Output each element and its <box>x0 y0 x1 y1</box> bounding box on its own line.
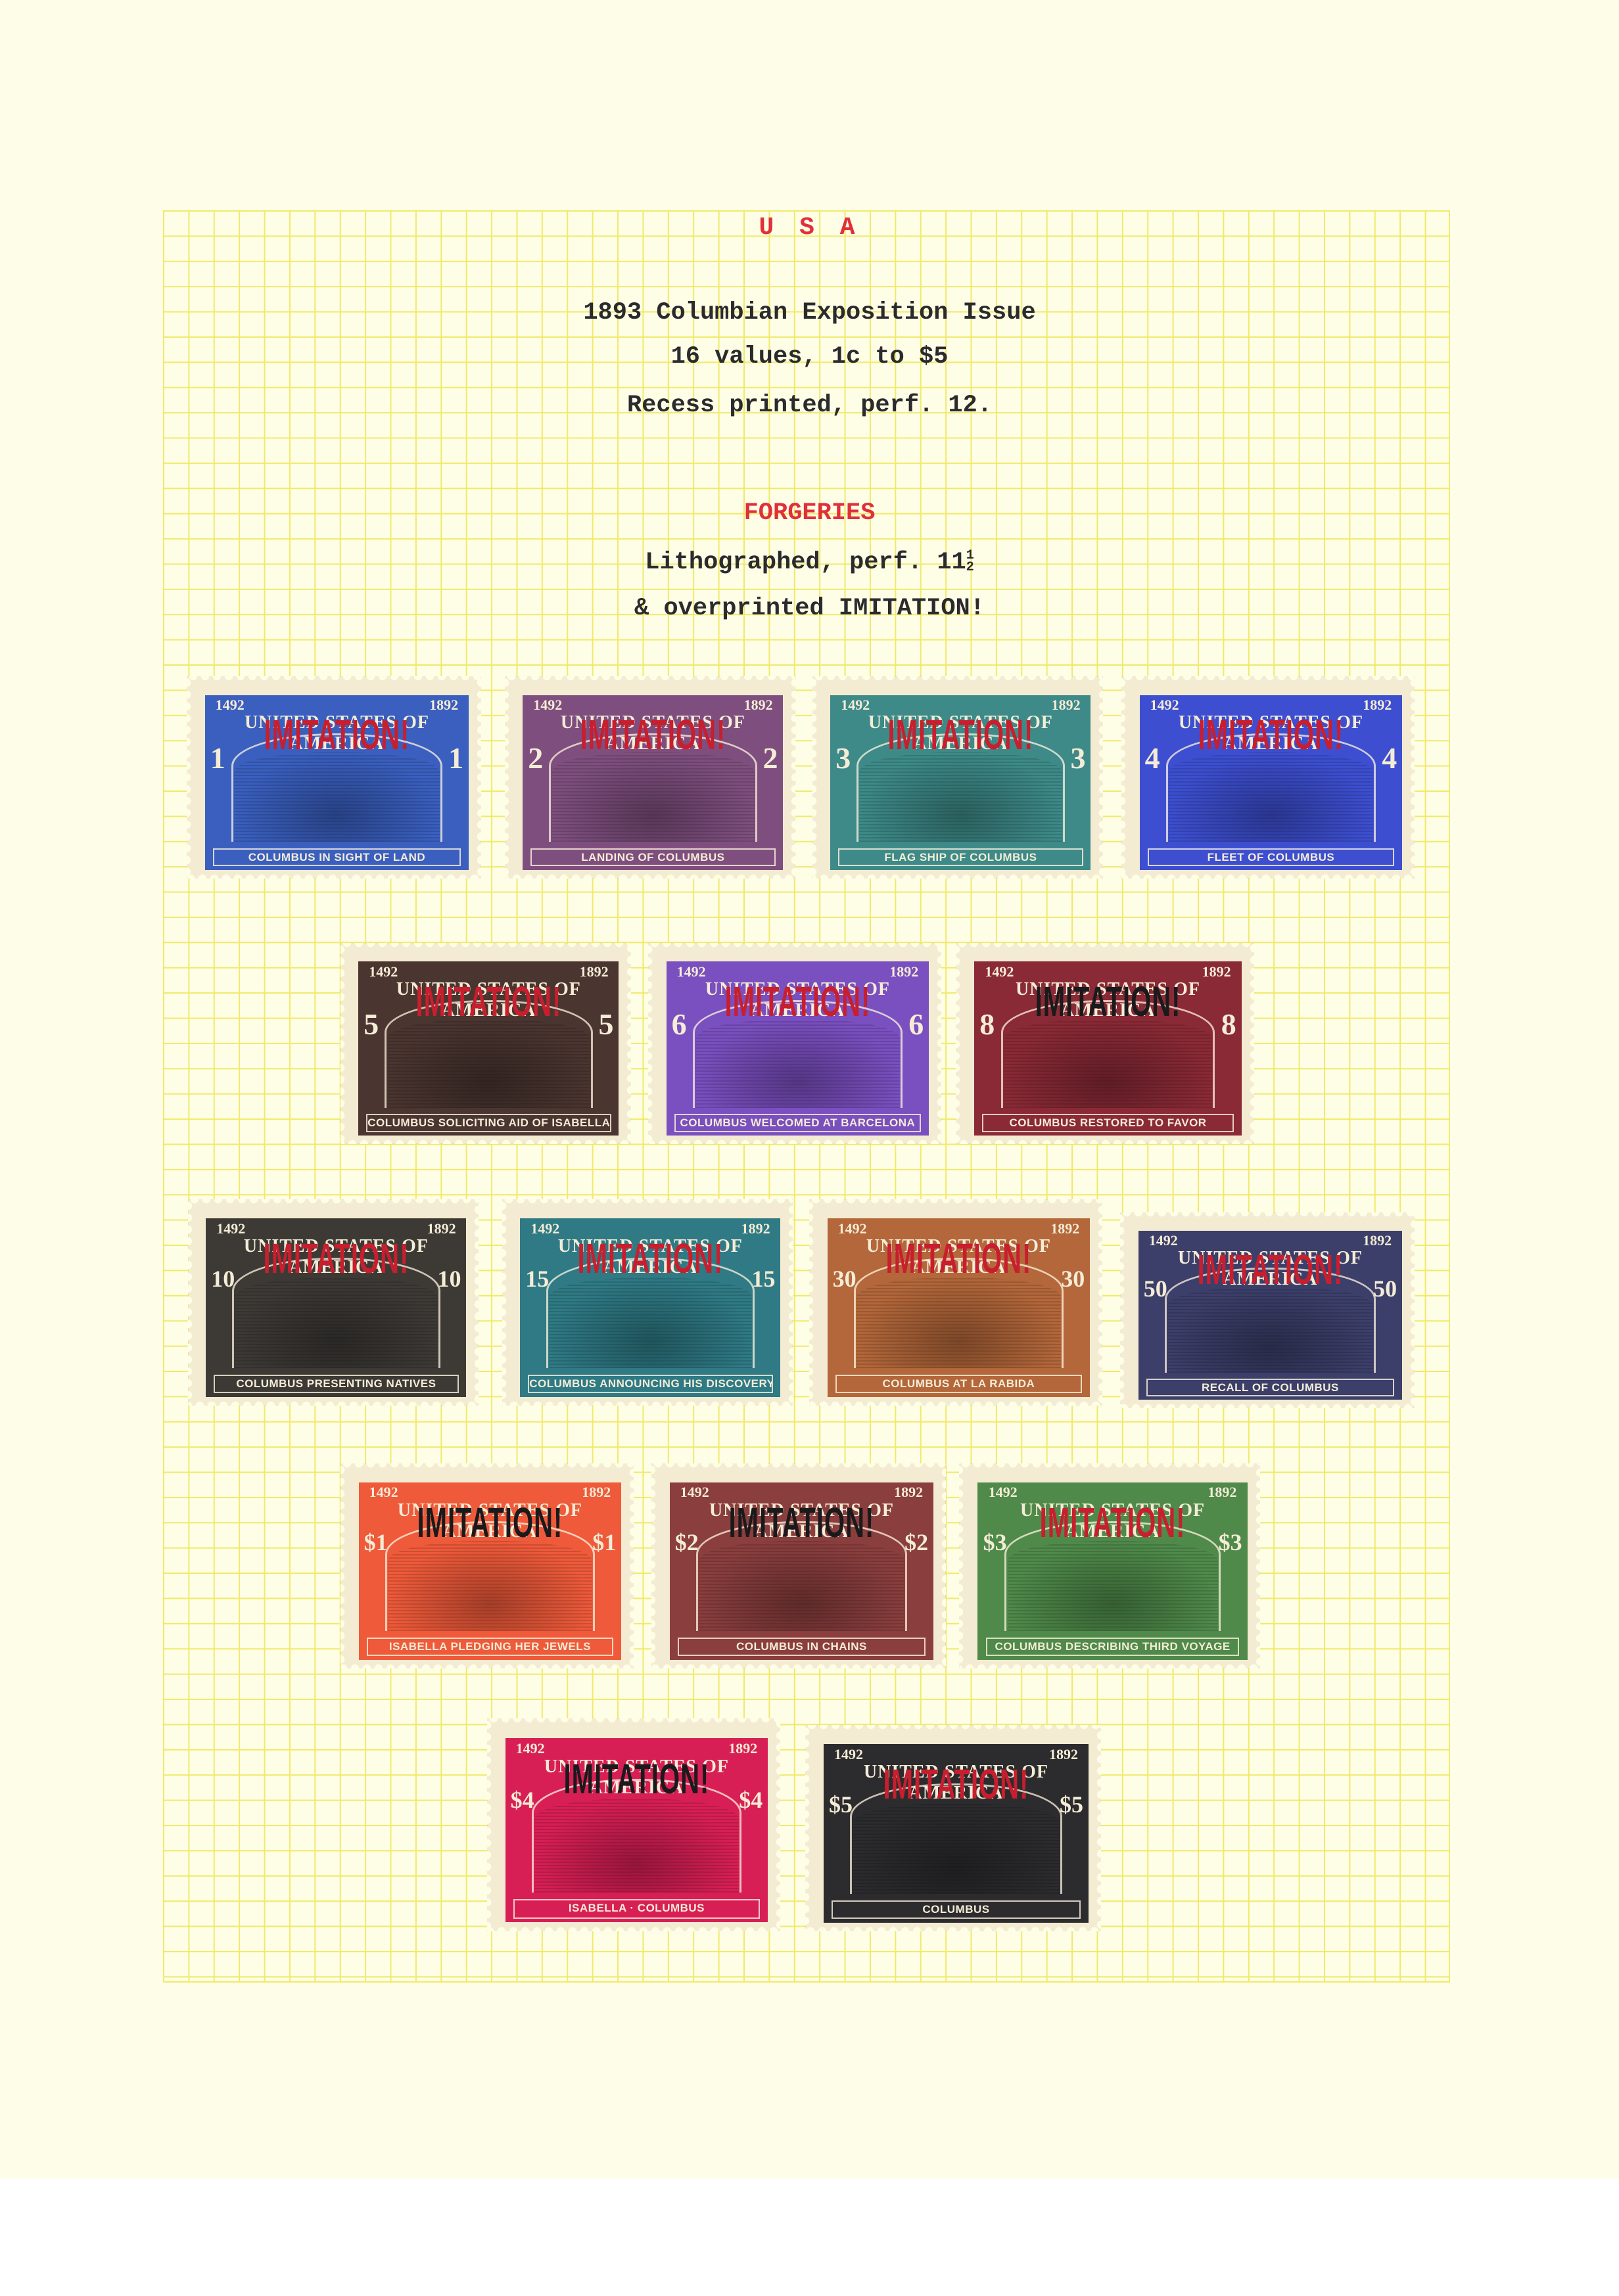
year-right: 1892 <box>1049 1746 1078 1763</box>
imitation-overprint: IMITATION! <box>670 1500 933 1548</box>
year-right: 1892 <box>728 1740 757 1757</box>
year-right: 1892 <box>889 963 918 980</box>
imitation-overprint: IMITATION! <box>824 1762 1089 1809</box>
vignette-scene <box>699 1541 904 1632</box>
imitation-overprint: IMITATION! <box>358 979 619 1026</box>
stamp-2: 1492 1892 UNITED STATES OF AMERICA 2 2 L… <box>505 677 795 878</box>
stamp-dollar-2: 1492 1892 UNITED STATES OF AMERICA $2 $2… <box>652 1464 945 1668</box>
fraction-denominator: 2 <box>966 562 974 574</box>
year-left: 1492 <box>516 1740 545 1757</box>
stamp-design: 1492 1892 UNITED STATES OF AMERICA $1 $1… <box>359 1482 622 1660</box>
year-right: 1892 <box>582 1484 611 1501</box>
vignette-scene <box>859 752 1062 842</box>
vignette-scene <box>1004 1019 1212 1108</box>
stamp-design: 1492 1892 UNITED STATES OF AMERICA 15 15… <box>520 1218 780 1396</box>
perforation <box>809 1200 817 1405</box>
year-right: 1892 <box>741 1220 770 1237</box>
stamp-caption: RECALL OF COLUMBUS <box>1146 1379 1394 1396</box>
perforation <box>505 677 513 878</box>
perforation <box>188 1200 196 1405</box>
vignette-scene <box>549 1277 752 1368</box>
perforation <box>1094 1200 1102 1405</box>
stamp-dollar-5: 1492 1892 UNITED STATES OF AMERICA $5 $5… <box>806 1726 1100 1931</box>
year-left: 1492 <box>216 697 245 714</box>
perforation <box>473 677 481 878</box>
stamp-dollar-3: 1492 1892 UNITED STATES OF AMERICA $3 $3… <box>960 1464 1259 1668</box>
perforation <box>487 1719 495 1931</box>
year-right: 1892 <box>427 1220 456 1237</box>
imitation-overprint: IMITATION! <box>974 979 1242 1026</box>
stamp-dollar-4: 1492 1892 UNITED STATES OF AMERICA $4 $4… <box>488 1719 780 1931</box>
stamp-design: 1492 1892 UNITED STATES OF AMERICA 5 5 C… <box>358 961 619 1135</box>
stamp-3: 1492 1892 UNITED STATES OF AMERICA 3 3 F… <box>813 677 1102 878</box>
stamp-design: 1492 1892 UNITED STATES OF AMERICA $5 $5… <box>824 1744 1089 1922</box>
perforation <box>502 1200 510 1405</box>
year-left: 1492 <box>985 963 1014 980</box>
perforation <box>1407 677 1415 878</box>
issue-title: 1893 Columbian Exposition Issue <box>0 299 1619 327</box>
stamp-caption: FLAG SHIP OF COLUMBUS <box>838 848 1083 867</box>
stamp-8: 1492 1892 UNITED STATES OF AMERICA 8 8 C… <box>956 944 1254 1143</box>
perforation <box>772 1719 780 1931</box>
vignette-scene <box>1008 1541 1218 1632</box>
vignette-scene <box>534 1799 739 1893</box>
imitation-overprint: IMITATION! <box>520 1236 780 1283</box>
imitation-overprint: IMITATION! <box>205 712 469 760</box>
year-right: 1892 <box>894 1484 923 1501</box>
perforation <box>785 1200 793 1405</box>
year-right: 1892 <box>1202 963 1231 980</box>
vignette-scene <box>388 1541 593 1632</box>
stamp-caption: ISABELLA · COLUMBUS <box>513 1899 761 1918</box>
stamp-caption: COLUMBUS IN SIGHT OF LAND <box>213 848 461 867</box>
perf-fraction: 12 <box>966 550 974 574</box>
stamp-design: 1492 1892 UNITED STATES OF AMERICA 2 2 L… <box>523 695 783 870</box>
stamp-design: 1492 1892 UNITED STATES OF AMERICA 30 30… <box>828 1218 1091 1396</box>
perforation <box>1252 1464 1260 1668</box>
perforation <box>812 677 820 878</box>
perforation <box>1246 944 1254 1143</box>
forgery-printing: Lithographed, perf. 1112 <box>0 549 1619 576</box>
stamp-design: 1492 1892 UNITED STATES OF AMERICA 6 6 C… <box>667 961 929 1135</box>
stamp-caption: COLUMBUS ANNOUNCING HIS DISCOVERY <box>528 1375 772 1393</box>
stamp-caption: COLUMBUS PRESENTING NATIVES <box>214 1375 458 1393</box>
perforation <box>938 1464 946 1668</box>
perforation <box>1121 677 1129 878</box>
stamp-dollar-1: 1492 1892 UNITED STATES OF AMERICA $1 $1… <box>341 1464 633 1668</box>
forgery-printing-text: Lithographed, perf. 11 <box>645 549 966 576</box>
perforation <box>787 677 795 878</box>
stamp-caption: FLEET OF COLUMBUS <box>1148 848 1395 867</box>
perforation <box>1093 1726 1101 1931</box>
stamp-design: 1492 1892 UNITED STATES OF AMERICA 10 10… <box>206 1218 466 1396</box>
stamp-design: 1492 1892 UNITED STATES OF AMERICA $3 $3… <box>977 1482 1247 1660</box>
stamp-design: 1492 1892 UNITED STATES OF AMERICA 4 4 F… <box>1140 695 1403 870</box>
perforation <box>1407 1213 1415 1408</box>
vignette-scene <box>551 752 755 842</box>
stamp-caption: COLUMBUS AT LA RABIDA <box>835 1375 1083 1393</box>
issue-values: 16 values, 1c to $5 <box>0 343 1619 371</box>
year-left: 1492 <box>216 1220 245 1237</box>
perforation <box>805 1726 813 1931</box>
year-left: 1492 <box>841 697 870 714</box>
vignette-scene <box>853 1803 1060 1894</box>
perforation <box>471 1200 479 1405</box>
year-right: 1892 <box>429 697 458 714</box>
imitation-overprint: IMITATION! <box>977 1500 1247 1548</box>
stamp-10: 1492 1892 UNITED STATES OF AMERICA 10 10… <box>189 1200 478 1405</box>
stamp-caption: COLUMBUS DESCRIBING THIRD VOYAGE <box>986 1638 1240 1656</box>
year-left: 1492 <box>989 1484 1018 1501</box>
album-page: U S A 1893 Columbian Exposition Issue 16… <box>0 0 1619 2178</box>
year-left: 1492 <box>677 963 706 980</box>
vignette-scene <box>1169 752 1374 842</box>
stamp-4: 1492 1892 UNITED STATES OF AMERICA 4 4 F… <box>1122 677 1414 878</box>
stamp-design: 1492 1892 UNITED STATES OF AMERICA 3 3 F… <box>830 695 1091 870</box>
year-left: 1492 <box>369 963 398 980</box>
stamp-1: 1492 1892 UNITED STATES OF AMERICA 1 1 C… <box>187 677 481 878</box>
year-left: 1492 <box>533 697 562 714</box>
year-left: 1492 <box>680 1484 709 1501</box>
year-left: 1492 <box>834 1746 863 1763</box>
perforation <box>187 677 195 878</box>
perforation <box>959 1464 967 1668</box>
vignette-scene <box>695 1019 901 1108</box>
stamp-design: 1492 1892 UNITED STATES OF AMERICA $2 $2… <box>670 1482 933 1660</box>
year-right: 1892 <box>580 963 609 980</box>
year-right: 1892 <box>1052 697 1081 714</box>
perforation <box>956 944 964 1143</box>
year-left: 1492 <box>369 1484 398 1501</box>
stamp-caption: COLUMBUS <box>832 1900 1081 1919</box>
year-right: 1892 <box>744 697 773 714</box>
stamp-caption: COLUMBUS WELCOMED AT BARCELONA <box>674 1114 922 1132</box>
stamp-6: 1492 1892 UNITED STATES OF AMERICA 6 6 C… <box>649 944 941 1143</box>
year-right: 1892 <box>1363 697 1392 714</box>
vignette-scene <box>235 1277 438 1368</box>
forgeries-heading: FORGERIES <box>0 499 1619 527</box>
year-right: 1892 <box>1050 1220 1079 1237</box>
perforation <box>340 1464 348 1668</box>
imitation-overprint: IMITATION! <box>359 1500 622 1548</box>
stamp-caption: LANDING OF COLUMBUS <box>530 848 775 867</box>
perforation <box>1095 677 1103 878</box>
stamp-design: 1492 1892 UNITED STATES OF AMERICA 1 1 C… <box>205 695 469 870</box>
perforation <box>651 1464 659 1668</box>
imitation-overprint: IMITATION! <box>828 1236 1091 1283</box>
vignette-scene <box>234 752 440 842</box>
imitation-overprint: IMITATION! <box>1140 712 1403 760</box>
perforation <box>626 1464 634 1668</box>
imitation-overprint: IMITATION! <box>830 712 1091 760</box>
stamp-5: 1492 1892 UNITED STATES OF AMERICA 5 5 C… <box>341 944 630 1143</box>
perforation <box>933 944 941 1143</box>
stamp-caption: COLUMBUS RESTORED TO FAVOR <box>982 1114 1233 1132</box>
stamp-design: 1492 1892 UNITED STATES OF AMERICA $4 $4… <box>505 1738 768 1922</box>
perforation <box>340 944 348 1143</box>
imitation-overprint: IMITATION! <box>667 979 929 1026</box>
country-heading: U S A <box>0 214 1619 242</box>
stamp-caption: COLUMBUS SOLICITING AID OF ISABELLA <box>366 1114 611 1132</box>
perforation <box>648 944 656 1143</box>
issue-printing: Recess printed, perf. 12. <box>0 392 1619 419</box>
year-left: 1492 <box>530 1220 559 1237</box>
vignette-scene <box>856 1277 1062 1368</box>
imitation-overprint: IMITATION! <box>523 712 783 760</box>
imitation-overprint: IMITATION! <box>206 1236 466 1283</box>
year-left: 1492 <box>838 1220 867 1237</box>
year-left: 1492 <box>1150 697 1179 714</box>
stamp-30: 1492 1892 UNITED STATES OF AMERICA 30 30… <box>810 1200 1102 1405</box>
stamp-50: 1492 1892 UNITED STATES OF AMERICA 50 50… <box>1121 1213 1414 1408</box>
imitation-overprint: IMITATION! <box>1138 1247 1402 1295</box>
stamp-design: 1492 1892 UNITED STATES OF AMERICA 8 8 C… <box>974 961 1242 1135</box>
vignette-scene <box>1167 1287 1373 1373</box>
forgery-overprint-note: & overprinted IMITATION! <box>0 595 1619 622</box>
perforation <box>623 944 631 1143</box>
stamp-design: 1492 1892 UNITED STATES OF AMERICA 50 50… <box>1138 1231 1402 1400</box>
stamp-caption: ISABELLA PLEDGING HER JEWELS <box>367 1638 614 1656</box>
stamp-15: 1492 1892 UNITED STATES OF AMERICA 15 15… <box>503 1200 792 1405</box>
vignette-scene <box>387 1019 590 1108</box>
perforation <box>1120 1213 1128 1408</box>
year-right: 1892 <box>1208 1484 1236 1501</box>
imitation-overprint: IMITATION! <box>505 1756 768 1804</box>
stamp-caption: COLUMBUS IN CHAINS <box>678 1638 926 1656</box>
